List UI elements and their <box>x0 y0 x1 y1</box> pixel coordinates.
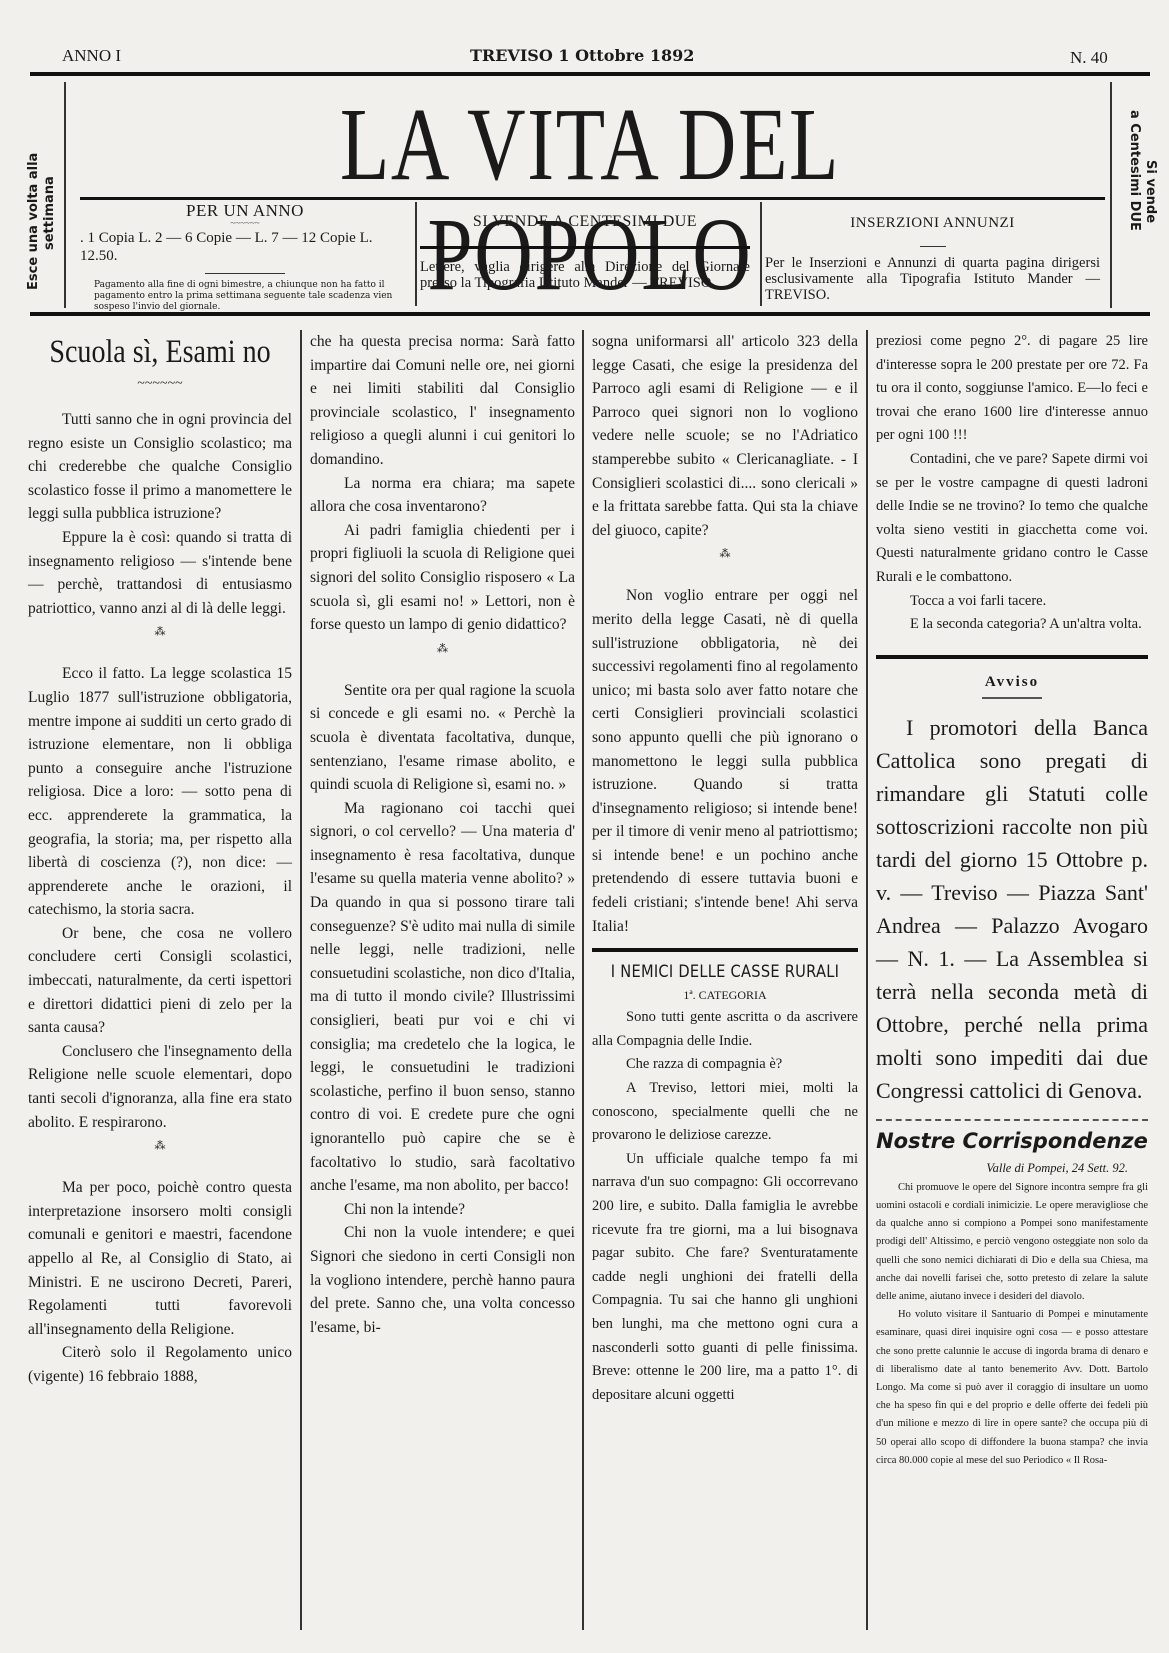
column-rule-1 <box>300 330 302 1630</box>
paragraph: A Treviso, lettori miei, molti la conosc… <box>592 1077 858 1148</box>
paragraph: preziosi come pegno 2°. di pagare 25 lir… <box>876 330 1148 448</box>
paragraph: Sentite ora per qual ragione la scuola s… <box>310 679 575 797</box>
subscription-prices: . 1 Copia L. 2 — 6 Copie — L. 7 — 12 Cop… <box>80 229 410 265</box>
column-rule-3 <box>866 330 868 1630</box>
side-left-line1: Esce una volta alla <box>26 153 42 290</box>
top-rule <box>30 72 1150 76</box>
paragraph: Chi promuove le opere del Signore incont… <box>876 1179 1148 1306</box>
paragraph: Non voglio entrare per oggi nel merito d… <box>592 584 858 938</box>
column-2: che ha questa precisa norma: Sarà fatto … <box>310 330 575 1339</box>
paragraph: Ho voluto visitare il Santuario di Pompe… <box>876 1306 1148 1470</box>
asterism-icon: ⁂ <box>28 1134 292 1176</box>
side-right-line2: a Centesimi DUE <box>1126 110 1142 231</box>
masthead-right-border <box>1110 82 1112 308</box>
price-rule <box>420 246 750 249</box>
ads-text: Per le Inserzioni e Annunzi di quarta pa… <box>765 255 1100 303</box>
ads-box: INSERZIONI ANNUNZI Per le Inserzioni e A… <box>765 206 1100 303</box>
column-rule-2 <box>582 330 584 1630</box>
divider <box>920 246 946 247</box>
paragraph: Che razza di compagnia è? <box>592 1053 858 1077</box>
section-rule <box>876 1119 1148 1121</box>
paragraph: Un ufficiale qualche tempo fa mi narrava… <box>592 1148 858 1408</box>
column-3: sogna uniformarsi all' articolo 323 dell… <box>592 330 858 1407</box>
side-left-line2: settimana <box>42 153 58 290</box>
paragraph: E la seconda categoria? A un'altra volta… <box>876 613 1148 637</box>
paragraph: sogna uniformarsi all' articolo 323 dell… <box>592 330 858 542</box>
paragraph: Chi non la vuole intendere; e quei Signo… <box>310 1221 575 1339</box>
price-box: SI VENDE A CENTESIMI DUE Lettere, vaglia… <box>420 206 750 291</box>
subscription-title: PER UN ANNO <box>80 202 410 219</box>
paragraph: Chi non la intende? <box>310 1198 575 1222</box>
year-label: ANNO I <box>62 46 121 66</box>
price-text: Lettere, vaglia dirigere alla Direzione … <box>420 259 750 291</box>
divider <box>982 697 1042 699</box>
paragraph: Ecco il fatto. La legge scolastica 15 Lu… <box>28 662 292 922</box>
column-4: preziosi come pegno 2°. di pagare 25 lir… <box>876 330 1148 1470</box>
paragraph: che ha questa precisa norma: Sarà fatto … <box>310 330 575 472</box>
flourish-icon: ~~~~~~ <box>28 374 292 394</box>
masthead-rule <box>80 197 1105 200</box>
article-title: Scuola sì, Esami no <box>48 330 272 374</box>
header-bottom-rule <box>30 312 1150 316</box>
price-title: SI VENDE A CENTESIMI DUE <box>420 206 750 238</box>
paragraph: Contadini, che ve pare? Sapete dirmi voi… <box>876 448 1148 590</box>
paragraph: Conclusero che l'insegnamento della Reli… <box>28 1040 292 1134</box>
paragraph: Eppure la è così: quando si tratta di in… <box>28 526 292 620</box>
paragraph: Sono tutti gente ascritta o da ascrivere… <box>592 1006 858 1053</box>
section-title-casse-rurali: I NEMICI DELLE CASSE RURALI <box>611 960 840 984</box>
ads-title: INSERZIONI ANNUNZI <box>765 206 1100 240</box>
subscription-note: Pagamento alla fine di ogni bimestre, a … <box>80 280 410 313</box>
paragraph: Or bene, che cosa ne vollero concludere … <box>28 922 292 1040</box>
asterism-icon: ⁂ <box>592 542 858 584</box>
paragraph: La norma era chiara; ma sapete allora ch… <box>310 472 575 519</box>
section-rule <box>592 948 858 952</box>
side-left-text: Esce una volta alla settimana <box>26 153 58 290</box>
side-right-line1: Si vende <box>1142 110 1158 231</box>
flourish-icon: ~~~~~~ <box>80 219 410 227</box>
box-divider-2 <box>760 202 762 306</box>
section-rule <box>876 655 1148 659</box>
side-right-text: Si vende a Centesimi DUE <box>1126 110 1158 231</box>
subscription-box: PER UN ANNO ~~~~~~ . 1 Copia L. 2 — 6 Co… <box>80 202 410 313</box>
paragraph: Citerò solo il Regolamento unico (vigent… <box>28 1341 292 1388</box>
paragraph: Tutti sanno che in ogni provincia del re… <box>28 408 292 526</box>
section-subtitle: 1ª. CATEGORIA <box>592 984 858 1006</box>
correspondence-title: Nostre Corrispondenze <box>876 1125 1148 1157</box>
asterism-icon: ⁂ <box>310 637 575 679</box>
notice-text: I promotori della Banca Cattolica sono p… <box>876 711 1148 1107</box>
issue-number: N. 40 <box>1070 48 1108 68</box>
paragraph: Ai padri famiglia chiedenti per i propri… <box>310 519 575 637</box>
divider <box>205 273 285 274</box>
notice-title: Avviso <box>876 667 1148 697</box>
box-divider-1 <box>415 202 417 306</box>
column-1: Scuola sì, Esami no ~~~~~~ Tutti sanno c… <box>28 330 292 1389</box>
masthead-left-border <box>64 82 66 308</box>
paragraph: Ma ragionano coi tacchi quei signori, o … <box>310 797 575 1198</box>
paragraph: Ma per poco, poichè contro questa interp… <box>28 1176 292 1341</box>
dateline: TREVISO 1 Ottobre 1892 <box>470 46 694 65</box>
correspondence-dateline: Valle di Pompei, 24 Sett. 92. <box>876 1157 1148 1179</box>
paragraph: Tocca a voi farli tacere. <box>876 590 1148 614</box>
asterism-icon: ⁂ <box>28 620 292 662</box>
